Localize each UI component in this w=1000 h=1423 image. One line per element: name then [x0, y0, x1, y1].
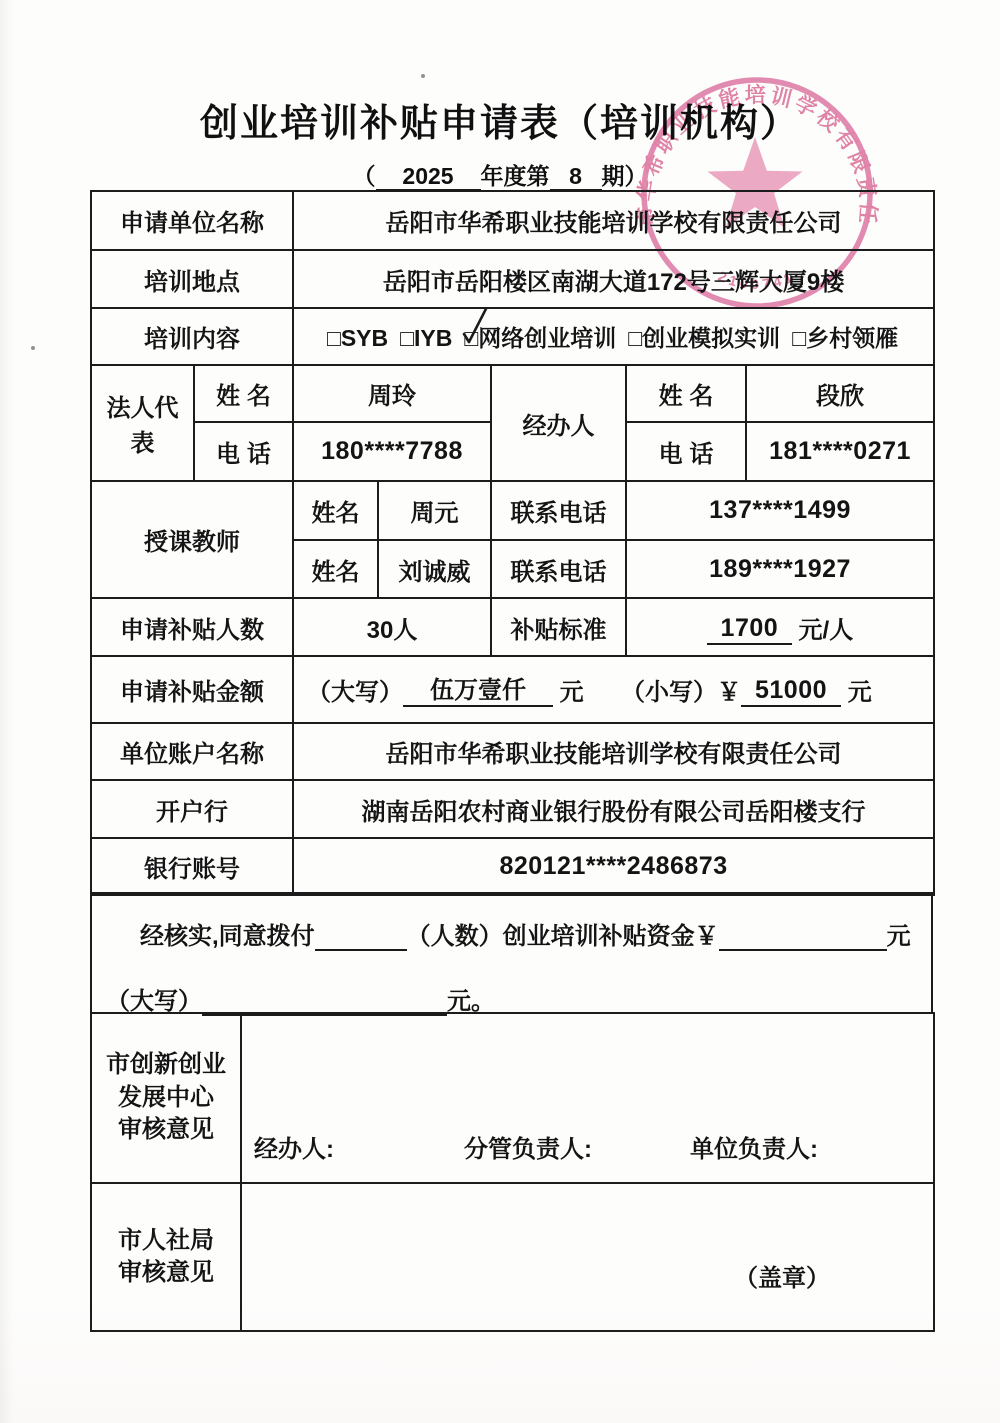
row-bureau-review: 市人社局 审核意见 （盖章） — [91, 1183, 934, 1331]
headcount-value: 30人 — [293, 598, 491, 656]
agent-phone-label: 电 话 — [626, 422, 746, 481]
amount-small-prefix: （小写）￥ — [621, 679, 741, 706]
period-open: （ — [353, 163, 376, 189]
account-number-label: 银行账号 — [91, 838, 293, 895]
subsidy-amount-label: 申请补贴金额 — [91, 656, 293, 723]
row-account-name: 单位账户名称 岳阳市华希职业技能培训学校有限责任公司 — [91, 723, 934, 780]
seal-here-note: （盖章） — [734, 1258, 830, 1293]
center-review-label: 市创新创业 发展中心 审核意见 — [91, 1013, 241, 1183]
subsidy-standard-value: 1700 元/人 — [626, 598, 934, 656]
row-training-location: 培训地点 岳阳市岳阳楼区南湖大道172号三辉大厦9楼 — [91, 250, 934, 308]
applicant-unit-label: 申请单位名称 — [91, 191, 293, 250]
legal-rep-group-label: 法人代表 — [91, 365, 194, 481]
legal-rep-name-label: 姓 名 — [194, 365, 293, 422]
amount-capital-prefix: （大写） — [307, 679, 403, 706]
period-line: （2025年度第8期） — [0, 158, 1000, 191]
teacher2-phone-label: 联系电话 — [491, 540, 626, 598]
note-line1-a: 经核实,同意拨付 — [140, 923, 315, 950]
training-location-value: 岳阳市岳阳楼区南湖大道172号三辉大厦9楼 — [293, 250, 934, 308]
amount-small-blank: 51000 — [741, 676, 841, 707]
training-location-label: 培训地点 — [91, 250, 293, 308]
subsidy-standard-unit: 元/人 — [799, 617, 854, 644]
headcount-blank-line — [315, 949, 407, 951]
note-line2-a: （大写） — [106, 988, 202, 1015]
checkbox-option-syb: □SYB — [327, 325, 388, 352]
checkbox-option-ecommerce: □网络创业培训 — [464, 320, 616, 353]
teacher2-name-value: 刘诚威 — [378, 540, 491, 598]
review-table: 市创新创业 发展中心 审核意见 经办人: 分管负责人: 单位负责人: 市人社局 … — [90, 1012, 935, 1332]
legal-rep-phone-value: 180****7788 — [293, 422, 491, 481]
approval-note-line1: 经核实,同意拨付（人数）创业培训补贴资金￥元 — [106, 916, 917, 951]
signer-supervisor: 分管负责人: — [464, 1129, 592, 1164]
legal-rep-phone-label: 电 话 — [194, 422, 293, 481]
training-content-options: □SYB□IYB□网络创业培训 □创业模拟实训□乡村领雁 — [293, 308, 934, 365]
period-issue-blank: 8 — [550, 163, 602, 191]
teachers-group-label: 授课教师 — [91, 481, 293, 598]
teacher1-name-value: 周元 — [378, 481, 491, 540]
agent-phone-value: 181****0271 — [746, 422, 934, 481]
note-line1-b: （人数）创业培训补贴资金￥ — [407, 923, 719, 950]
center-review-content: 经办人: 分管负责人: 单位负责人: — [241, 1013, 934, 1183]
row-teacher-1: 授课教师 姓名 周元 联系电话 137****1499 — [91, 481, 934, 540]
subsidy-standard-label: 补贴标准 — [491, 598, 626, 656]
period-mid: 年度第 — [481, 163, 550, 189]
scan-speck — [421, 74, 425, 78]
bureau-review-content: （盖章） — [241, 1183, 934, 1331]
scanned-form-page: 创业培训补贴申请表（培训机构） （2025年度第8期） 岳阳市华希职业技能培训学… — [0, 0, 1000, 1423]
amount-capital-blank: 伍万壹仟 — [403, 677, 553, 707]
row-training-content: 培训内容 □SYB□IYB□网络创业培训 □创业模拟实训□乡村领雁 — [91, 308, 934, 365]
row-legal-rep-name: 法人代表 姓 名 周玲 经办人 姓 名 段欣 — [91, 365, 934, 422]
bank-label: 开户行 — [91, 780, 293, 838]
row-bank: 开户行 湖南岳阳农村商业银行股份有限公司岳阳楼支行 — [91, 780, 934, 838]
period-issue: 8 — [569, 163, 582, 189]
row-subsidy-amount: 申请补贴金额 （大写）伍万壹仟 元 （小写）￥51000 元 — [91, 656, 934, 723]
period-year-blank: 2025 — [376, 163, 481, 191]
note-line2-b: 元。 — [447, 988, 495, 1015]
row-center-review: 市创新创业 发展中心 审核意见 经办人: 分管负责人: 单位负责人: — [91, 1013, 934, 1183]
teacher2-phone-value: 189****1927 — [626, 540, 934, 598]
note-line1-c: 元 — [887, 923, 911, 950]
amount-small-unit: 元 — [848, 679, 872, 706]
approval-note-box: 经核实,同意拨付（人数）创业培训补贴资金￥元 （大写）元。 — [90, 892, 933, 1014]
account-name-label: 单位账户名称 — [91, 723, 293, 780]
agent-group-label: 经办人 — [491, 365, 626, 481]
headcount-label: 申请补贴人数 — [91, 598, 293, 656]
legal-rep-name-value: 周玲 — [293, 365, 491, 422]
application-form-table: 申请单位名称 岳阳市华希职业技能培训学校有限责任公司 培训地点 岳阳市岳阳楼区南… — [90, 190, 935, 896]
teacher2-name-label: 姓名 — [293, 540, 378, 598]
checkbox-option-rural: □乡村领雁 — [792, 320, 898, 353]
agent-name-label: 姓 名 — [626, 365, 746, 422]
teacher1-phone-label: 联系电话 — [491, 481, 626, 540]
row-applicant-unit: 申请单位名称 岳阳市华希职业技能培训学校有限责任公司 — [91, 191, 934, 250]
teacher1-phone-value: 137****1499 — [626, 481, 934, 540]
bureau-review-label: 市人社局 审核意见 — [91, 1183, 241, 1331]
checkbox-option-iyb: □IYB — [400, 325, 452, 352]
checkbox-option-simulation: □创业模拟实训 — [628, 320, 780, 353]
teacher1-name-label: 姓名 — [293, 481, 378, 540]
agent-name-value: 段欣 — [746, 365, 934, 422]
period-close: 期） — [602, 163, 648, 189]
approval-note-line2: （大写）元。 — [106, 981, 917, 1016]
amount-capital-unit: 元 — [560, 679, 584, 706]
period-year: 2025 — [402, 163, 453, 189]
row-headcount: 申请补贴人数 30人 补贴标准 1700 元/人 — [91, 598, 934, 656]
scan-speck — [31, 346, 35, 350]
account-number-value: 820121****2486873 — [293, 838, 934, 895]
bank-value: 湖南岳阳农村商业银行股份有限公司岳阳楼支行 — [293, 780, 934, 838]
amount-blank-line — [719, 949, 887, 951]
signer-agent: 经办人: — [254, 1129, 334, 1164]
page-title: 创业培训补贴申请表（培训机构） — [0, 92, 1000, 147]
applicant-unit-value: 岳阳市华希职业技能培训学校有限责任公司 — [293, 191, 934, 250]
training-content-label: 培训内容 — [91, 308, 293, 365]
row-account-number: 银行账号 820121****2486873 — [91, 838, 934, 895]
subsidy-standard-amount: 1700 — [707, 614, 792, 645]
account-name-value: 岳阳市华希职业技能培训学校有限责任公司 — [293, 723, 934, 780]
subsidy-amount-value: （大写）伍万壹仟 元 （小写）￥51000 元 — [293, 656, 934, 723]
signer-unit-head: 单位负责人: — [690, 1129, 818, 1164]
